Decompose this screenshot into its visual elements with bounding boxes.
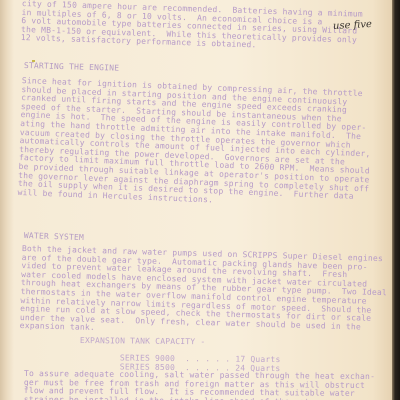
- handwritten-note: use five: [333, 19, 372, 32]
- water-paragraph: Both the jacket and raw water pumps used…: [20, 245, 388, 341]
- section-heading-starting: STARTING THE ENGINE: [24, 62, 120, 73]
- text-line: expansion tank.: [20, 321, 95, 332]
- page-edge-shadow: [392, 0, 400, 400]
- section-heading-water: WATER SYSTEM: [24, 232, 84, 243]
- starting-paragraph: Since heat for ignition is obtained by c…: [17, 77, 373, 211]
- table-title: EXPANSION TANK CAPACITY -: [80, 336, 206, 346]
- document-page: city of 150 ampere hour are recommended.…: [0, 0, 392, 400]
- intro-paragraph: city of 150 ampere hour are recommended.…: [21, 0, 363, 54]
- closing-paragraph: To assure adequate cooling, salt water p…: [24, 370, 375, 400]
- capacity-table: EXPANSION TANK CAPACITY - SERIES 9000 . …: [80, 337, 281, 373]
